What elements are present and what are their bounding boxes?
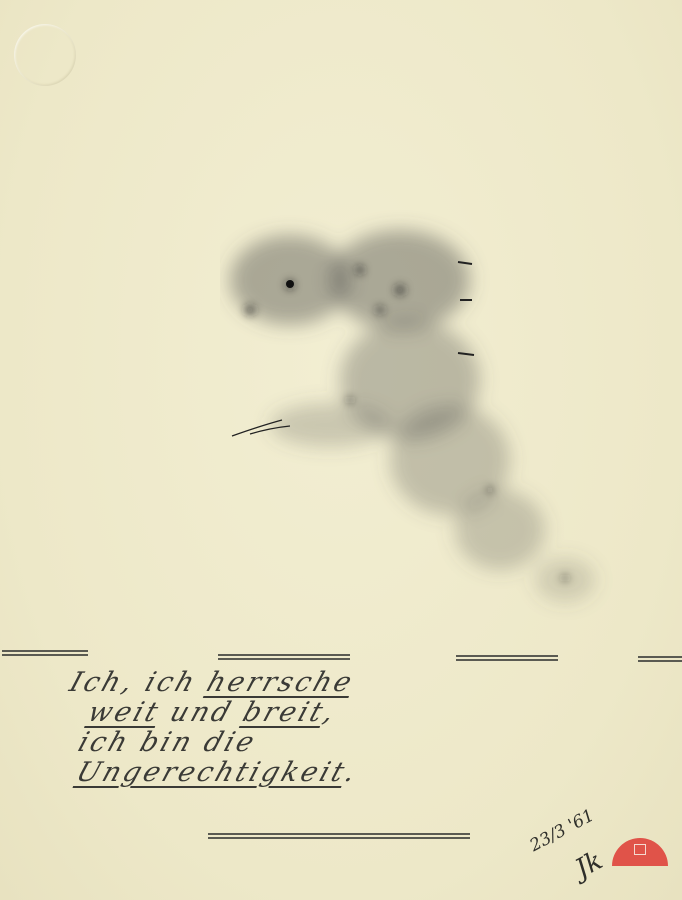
handwritten-poem: Ich, ich herrsche weit und breit, ich bi…	[37, 668, 546, 788]
double-rule-bottom	[208, 833, 470, 838]
poem-line-3: ich bin die	[46, 728, 526, 758]
poem-line-4: Ungerechtigkeit.	[37, 758, 517, 788]
double-rule-4	[638, 656, 682, 661]
ink-smudge-figure	[220, 190, 630, 620]
poem-line-1: Ich, ich herrsche	[66, 668, 546, 698]
double-rule-3	[456, 655, 558, 660]
double-rule-1	[2, 650, 88, 655]
poem-line-2: weit und breit,	[56, 698, 536, 728]
double-rule-2	[218, 654, 350, 659]
embossed-seal	[14, 24, 76, 86]
signature: 23/3 '61 Jk	[536, 836, 676, 896]
signature-initials: Jk	[570, 846, 607, 885]
